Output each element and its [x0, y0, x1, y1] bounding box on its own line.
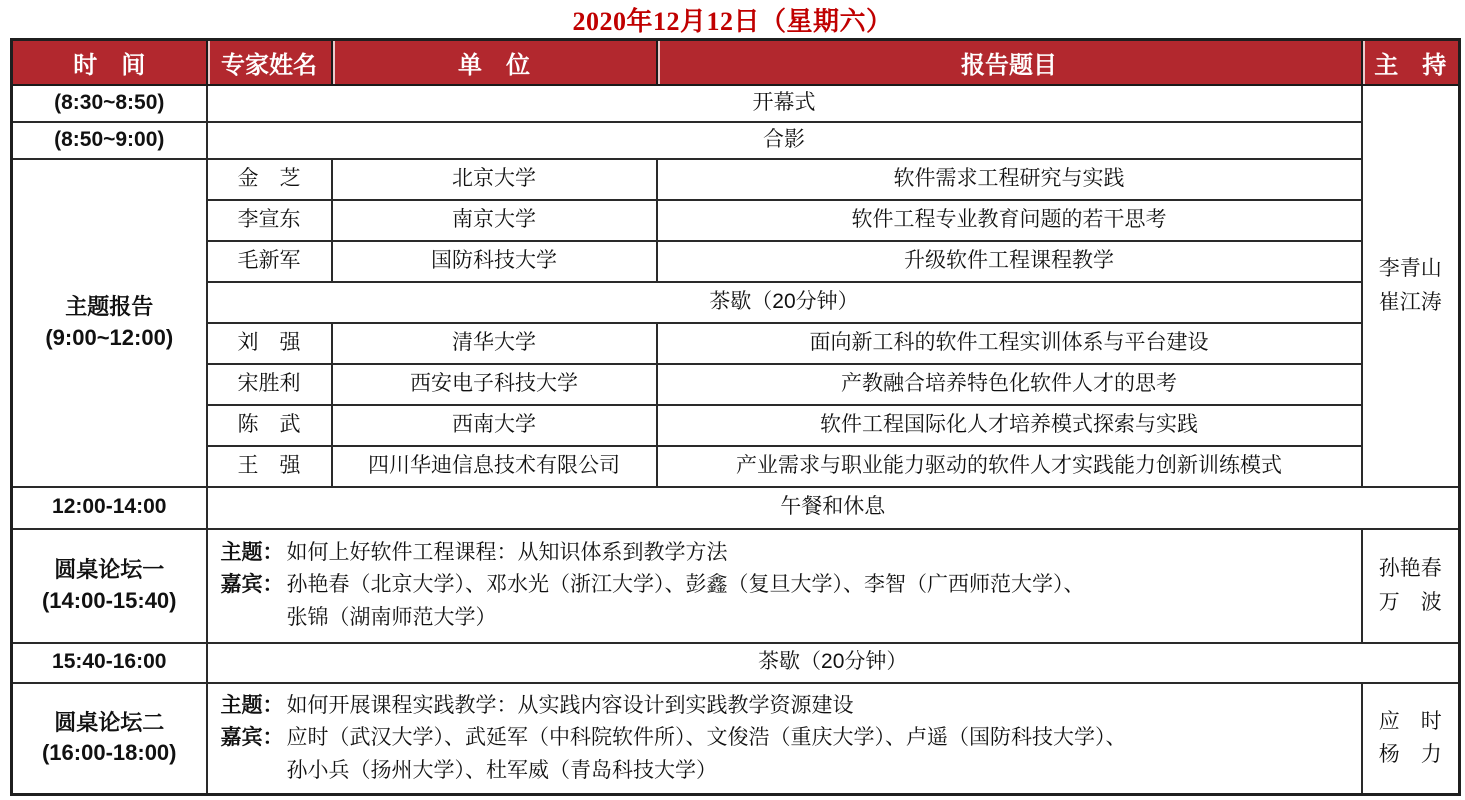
talk-title: 软件工程专业教育问题的若干思考 [657, 200, 1362, 241]
lunch-cell: 午餐和休息 [207, 487, 1460, 529]
keynote-row: 陈 武 西南大学 软件工程国际化人才培养模式探索与实践 [12, 405, 1460, 446]
forum-guests: 应时（武汉大学）、武延军（中科院软件所）、文俊浩（重庆大学）、卢遥（国防科技大学… [287, 726, 1127, 749]
speaker-name: 毛新军 [207, 241, 332, 282]
host-name: 李青山 [1368, 252, 1454, 286]
keynote-row: 王 强 四川华迪信息技术有限公司 产业需求与职业能力驱动的软件人才实践能力创新训… [12, 446, 1460, 487]
speaker-name: 宋胜利 [207, 364, 332, 405]
forum-guests: 孙艳春（北京大学）、邓水光（浙江大学）、彭鑫（复旦大学）、李智（广西师范大学）、 [287, 573, 1085, 596]
keynote-row: 主题报告 (9:00~12:00) 金 芝 北京大学 软件需求工程研究与实践 [12, 159, 1460, 200]
page-title: 2020年12月12日（星期六） [0, 0, 1465, 38]
forum-guests: 张锦（湖南师范大学） [287, 602, 1351, 635]
time-cell: (8:50~9:00) [12, 122, 207, 159]
forum-content-cell: 主题：如何上好软件工程课程：从知识体系到教学方法 嘉宾：孙艳春（北京大学）、邓水… [207, 529, 1362, 643]
session-time-cell: 圆桌论坛一 (14:00-15:40) [12, 529, 207, 643]
column-header-name: 专家姓名 [207, 40, 332, 85]
talk-title: 产业需求与职业能力驱动的软件人才实践能力创新训练模式 [657, 446, 1362, 487]
talk-title: 面向新工科的软件工程实训体系与平台建设 [657, 323, 1362, 364]
schedule-table: 时 间 专家姓名 单 位 报告题目 主 持 (8:30~8:50) 开幕式 李青… [10, 38, 1461, 796]
session-time-cell: 主题报告 (9:00~12:00) [12, 159, 207, 487]
forum-topic-line: 主题：如何上好软件工程课程：从知识体系到教学方法 [221, 537, 1351, 570]
session-label: 圆桌论坛二 (16:00-18:00) [18, 708, 201, 770]
forum-topic-line: 主题：如何开展课程实践教学：从实践内容设计到实践教学资源建设 [221, 690, 1351, 723]
keynote-row: 李宣东 南京大学 软件工程专业教育问题的若干思考 [12, 200, 1460, 241]
speaker-name: 刘 强 [207, 323, 332, 364]
speaker-affiliation: 北京大学 [332, 159, 657, 200]
event-cell: 开幕式 [207, 85, 1362, 122]
speaker-name: 王 强 [207, 446, 332, 487]
topic-label: 主题： [221, 690, 287, 723]
tea-break-row: 15:40-16:00 茶歇（20分钟） [12, 643, 1460, 683]
tea-break-cell: 茶歇（20分钟） [207, 643, 1460, 683]
talk-title: 软件需求工程研究与实践 [657, 159, 1362, 200]
host-name: 孙艳春 [1368, 552, 1454, 586]
host-name: 崔江涛 [1368, 286, 1454, 320]
forum-topic: 如何上好软件工程课程：从知识体系到教学方法 [287, 541, 728, 564]
forum2-row: 圆桌论坛二 (16:00-18:00) 主题：如何开展课程实践教学：从实践内容设… [12, 683, 1460, 795]
session-label: 主题报告 (9:00~12:00) [18, 292, 201, 354]
forum-topic: 如何开展课程实践教学：从实践内容设计到实践教学资源建设 [287, 694, 854, 717]
header-row: 时 间 专家姓名 单 位 报告题目 主 持 [12, 40, 1460, 85]
guests-label: 嘉宾： [221, 569, 287, 602]
forum-guests: 孙小兵（扬州大学）、杜军威（青岛科技大学） [287, 755, 1351, 788]
event-cell: 合影 [207, 122, 1362, 159]
keynote-row: 毛新军 国防科技大学 升级软件工程课程教学 [12, 241, 1460, 282]
forum1-row: 圆桌论坛一 (14:00-15:40) 主题：如何上好软件工程课程：从知识体系到… [12, 529, 1460, 643]
host-name: 万 波 [1368, 586, 1454, 620]
forum-guests-line: 嘉宾：孙艳春（北京大学）、邓水光（浙江大学）、彭鑫（复旦大学）、李智（广西师范大… [221, 569, 1351, 634]
speaker-affiliation: 南京大学 [332, 200, 657, 241]
talk-title: 软件工程国际化人才培养模式探索与实践 [657, 405, 1362, 446]
column-header-topic: 报告题目 [657, 40, 1362, 85]
speaker-affiliation: 四川华迪信息技术有限公司 [332, 446, 657, 487]
session-time: (14:00-15:40) [18, 586, 201, 617]
tea-break-row: 茶歇（20分钟） [12, 282, 1460, 323]
speaker-affiliation: 西南大学 [332, 405, 657, 446]
speaker-affiliation: 国防科技大学 [332, 241, 657, 282]
session-title: 主题报告 [18, 292, 201, 323]
talk-title: 升级软件工程课程教学 [657, 241, 1362, 282]
column-header-host: 主 持 [1362, 40, 1460, 85]
tea-break-cell: 茶歇（20分钟） [207, 282, 1362, 323]
photo-row: (8:50~9:00) 合影 [12, 122, 1460, 159]
time-cell: 12:00-14:00 [12, 487, 207, 529]
session-title: 圆桌论坛二 [18, 708, 201, 739]
keynote-row: 宋胜利 西安电子科技大学 产教融合培养特色化软件人才的思考 [12, 364, 1460, 405]
session-label: 圆桌论坛一 (14:00-15:40) [18, 555, 201, 617]
lunch-row: 12:00-14:00 午餐和休息 [12, 487, 1460, 529]
talk-title: 产教融合培养特色化软件人才的思考 [657, 364, 1362, 405]
topic-label: 主题： [221, 537, 287, 570]
column-header-time: 时 间 [12, 40, 207, 85]
speaker-affiliation: 西安电子科技大学 [332, 364, 657, 405]
session-time: (16:00-18:00) [18, 738, 201, 769]
guests-label: 嘉宾： [221, 722, 287, 755]
forum-content-cell: 主题：如何开展课程实践教学：从实践内容设计到实践教学资源建设 嘉宾：应时（武汉大… [207, 683, 1362, 795]
host-cell: 李青山 崔江涛 [1362, 85, 1460, 487]
host-name: 杨 力 [1368, 738, 1454, 772]
keynote-row: 刘 强 清华大学 面向新工科的软件工程实训体系与平台建设 [12, 323, 1460, 364]
session-time: (9:00~12:00) [18, 323, 201, 354]
forum-guests-line: 嘉宾：应时（武汉大学）、武延军（中科院软件所）、文俊浩（重庆大学）、卢遥（国防科… [221, 722, 1351, 787]
host-name: 应 时 [1368, 705, 1454, 739]
host-cell: 应 时 杨 力 [1362, 683, 1460, 795]
session-time-cell: 圆桌论坛二 (16:00-18:00) [12, 683, 207, 795]
speaker-affiliation: 清华大学 [332, 323, 657, 364]
opening-row: (8:30~8:50) 开幕式 李青山 崔江涛 [12, 85, 1460, 122]
speaker-name: 陈 武 [207, 405, 332, 446]
speaker-name: 金 芝 [207, 159, 332, 200]
speaker-name: 李宣东 [207, 200, 332, 241]
session-title: 圆桌论坛一 [18, 555, 201, 586]
time-cell: (8:30~8:50) [12, 85, 207, 122]
column-header-unit: 单 位 [332, 40, 657, 85]
time-cell: 15:40-16:00 [12, 643, 207, 683]
host-cell: 孙艳春 万 波 [1362, 529, 1460, 643]
